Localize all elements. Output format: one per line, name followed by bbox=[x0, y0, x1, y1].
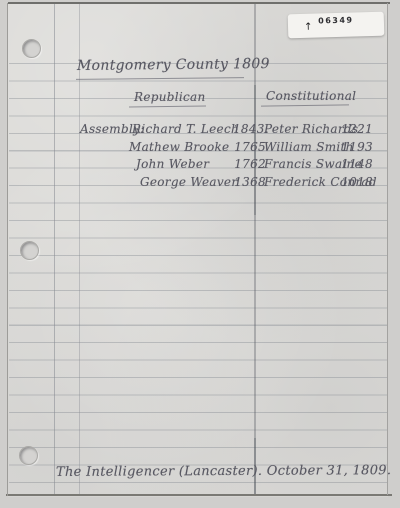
result-row: Assembly: Richard T. Leech 1843. Peter R… bbox=[0, 119, 400, 136]
republican-candidate: John Weber bbox=[136, 157, 209, 171]
punch-hole bbox=[22, 39, 41, 58]
republican-votes: 1368 bbox=[233, 175, 266, 189]
page-title: Montgomery County 1809 bbox=[77, 56, 270, 74]
result-row: John Weber 1762 Francis Swaine 1148 bbox=[0, 154, 400, 171]
republican-votes: 1765 bbox=[233, 140, 266, 154]
page-right-edge bbox=[387, 3, 388, 495]
page-left-edge bbox=[7, 3, 8, 496]
catalog-label: ↑ 06349 bbox=[288, 12, 385, 39]
margin-line bbox=[54, 4, 55, 495]
republican-candidate: Richard T. Leech bbox=[132, 122, 239, 136]
scanned-page: ↑ 06349 Montgomery County 1809 Republica… bbox=[0, 0, 400, 508]
constitutional-votes: 1148 bbox=[338, 157, 373, 171]
paper-crease bbox=[254, 4, 256, 495]
punch-hole bbox=[20, 241, 39, 260]
republican-votes: 1762 bbox=[233, 157, 266, 171]
page-top-edge bbox=[8, 2, 390, 4]
result-row: George Weaver 1368 Frederick Conrad 1018 bbox=[0, 172, 400, 189]
column-header-republican: Republican bbox=[134, 90, 206, 104]
result-row: Mathew Brooke 1765 William Smith 1193 bbox=[0, 137, 400, 154]
source-citation: The Intelligencer (Lancaster). October 3… bbox=[56, 463, 391, 480]
column-header-constitutional: Constitutional bbox=[266, 89, 356, 103]
page-bottom-edge bbox=[6, 494, 392, 496]
catalog-number: 06349 bbox=[288, 15, 384, 27]
margin-line bbox=[79, 4, 80, 495]
republican-candidate: George Weaver bbox=[140, 175, 237, 189]
republican-votes: 1843. bbox=[233, 122, 266, 136]
punch-hole bbox=[19, 446, 38, 465]
constitutional-votes: 1193 bbox=[338, 140, 373, 154]
constitutional-votes: 1221 bbox=[338, 122, 373, 136]
republican-candidate: Mathew Brooke bbox=[129, 140, 229, 154]
constitutional-votes: 1018 bbox=[338, 175, 373, 189]
